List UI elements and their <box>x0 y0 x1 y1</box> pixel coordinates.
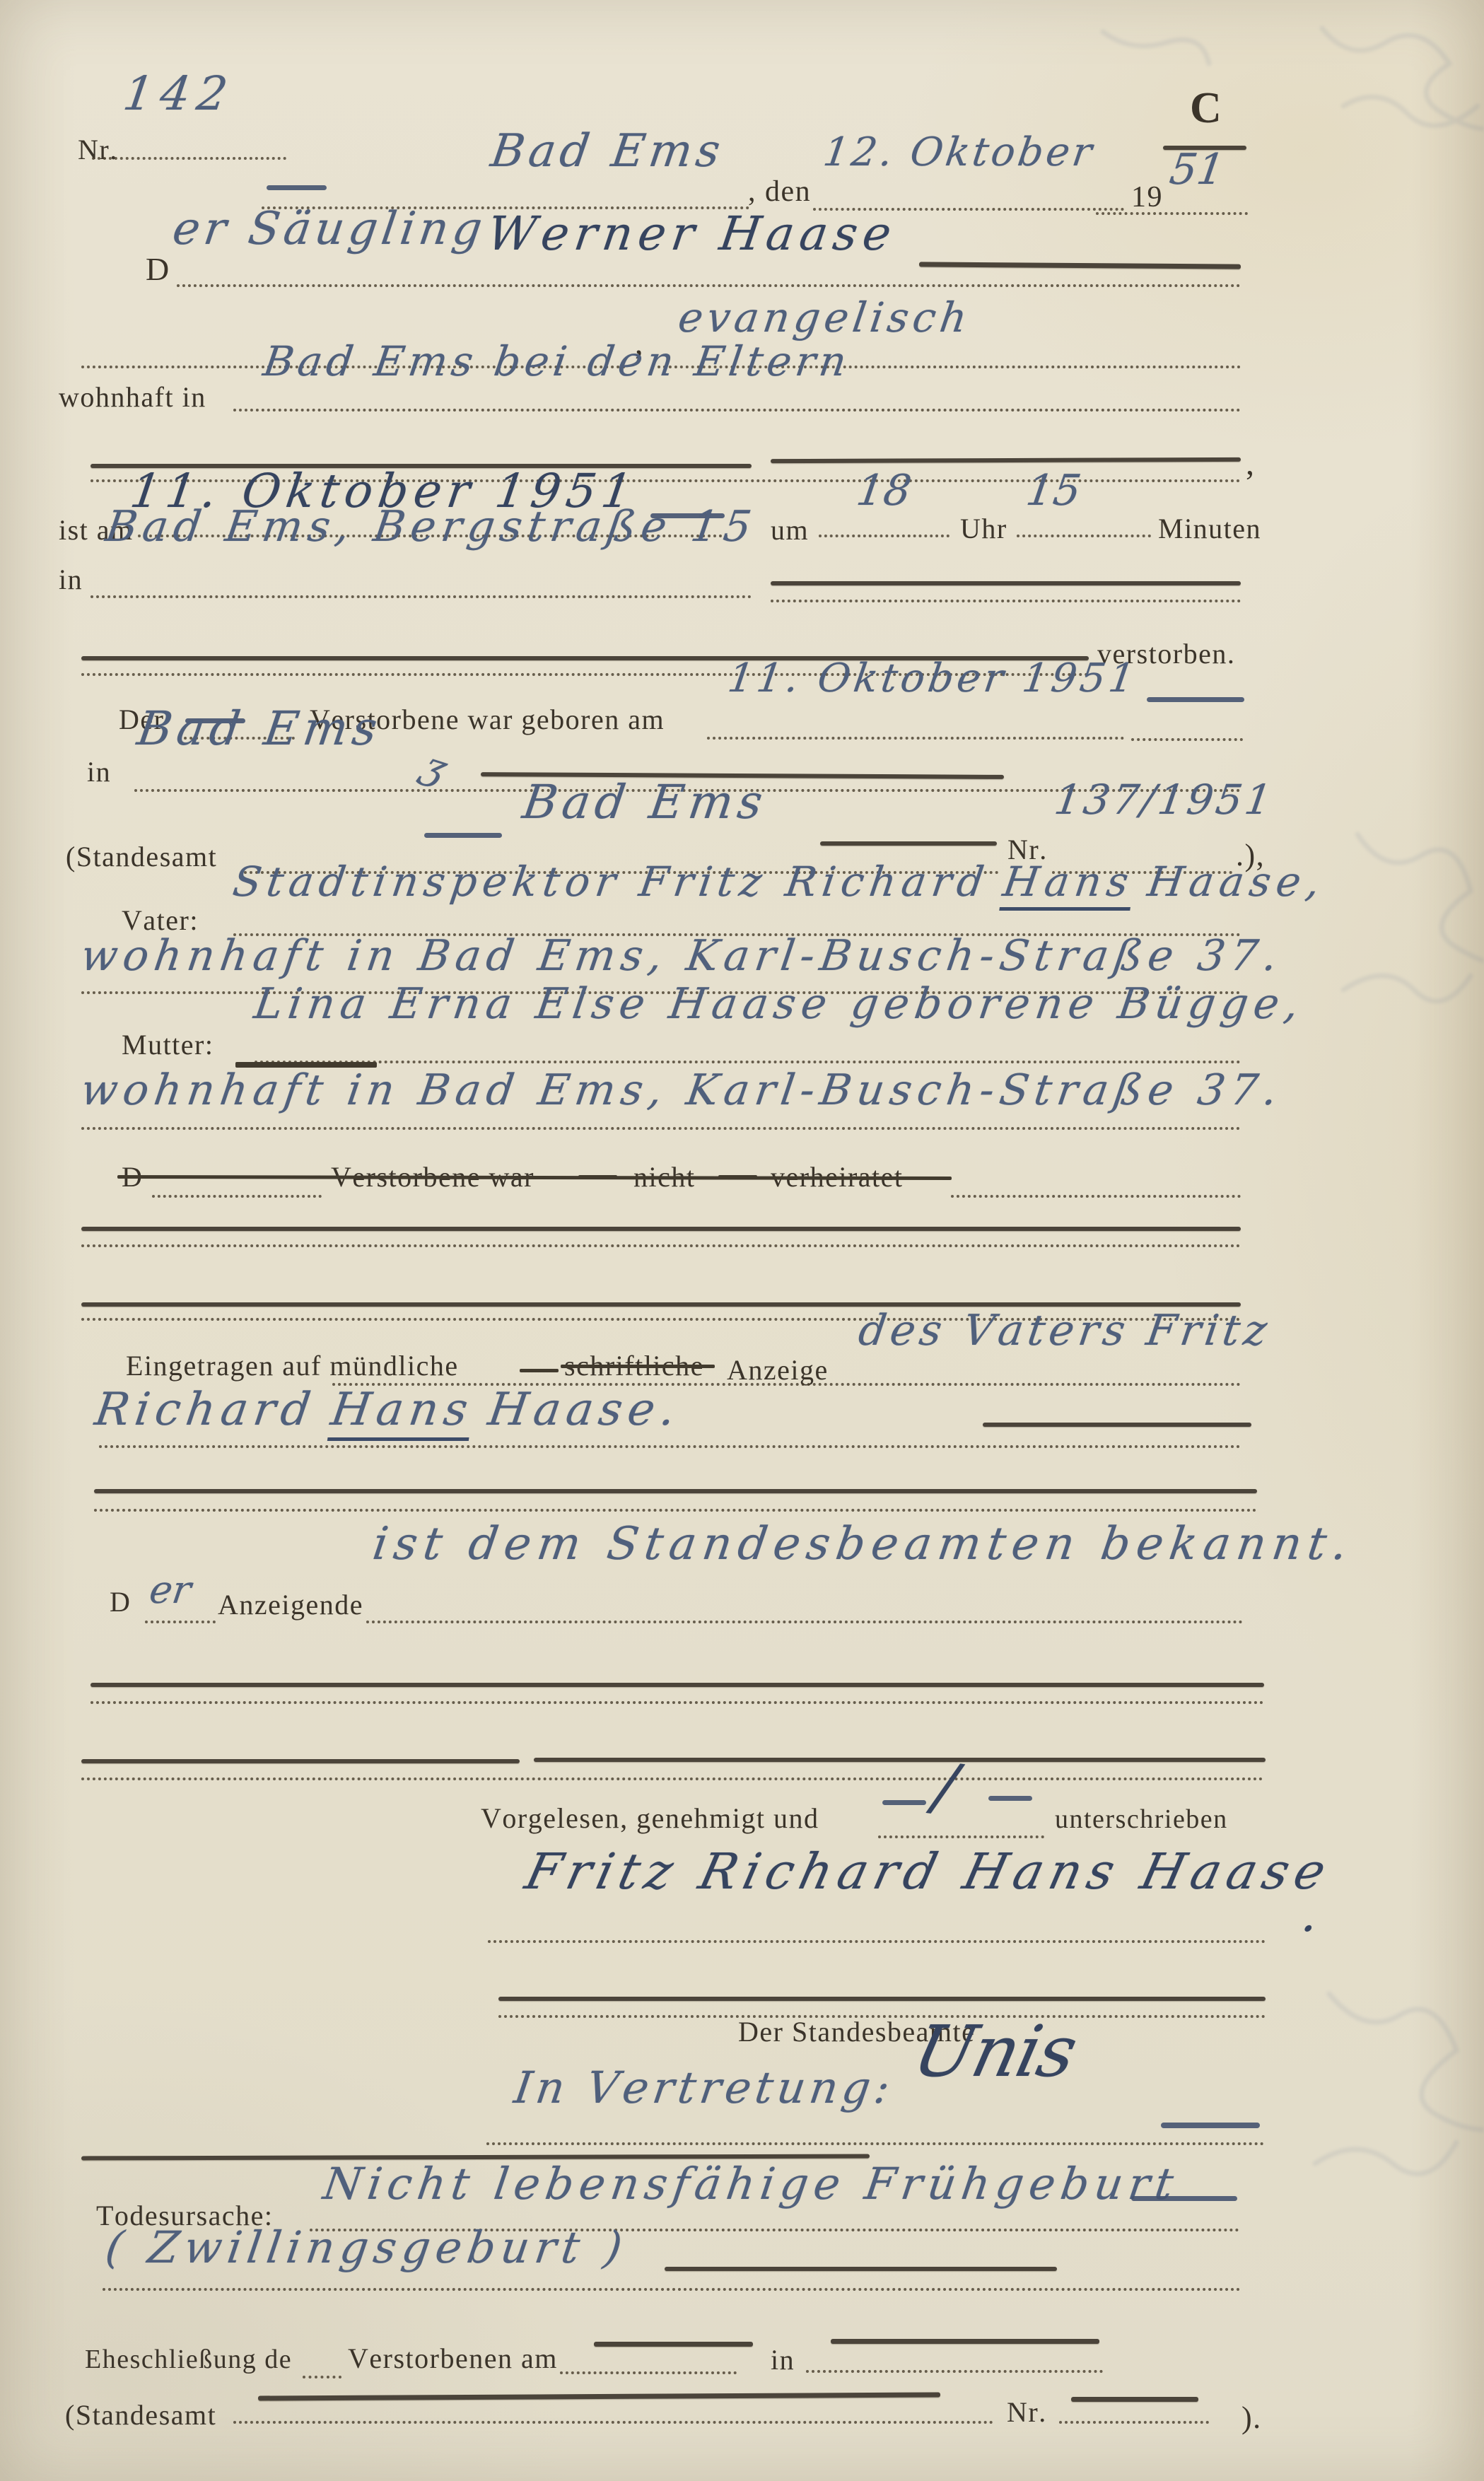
signature-value: Fritz Richard Hans Haase <box>521 1847 1336 1896</box>
death-dotted-2 <box>819 535 950 537</box>
standesamt-rule <box>820 841 997 846</box>
nr-value: 142 <box>120 71 237 117</box>
father-given: Stadtinspektor Fritz Richard <box>230 858 993 906</box>
father-value: Stadtinspektor Fritz RichardHansHaase, <box>230 861 1328 902</box>
year-prefix: 19 <box>1131 182 1163 212</box>
death-place-rule <box>771 581 1241 585</box>
birth-dotted-1 <box>707 737 1124 740</box>
death-register-page: Nr. 142 C 19 51 Bad Ems , den 12. Oktobe… <box>0 0 1484 2481</box>
marriage-in-label: in <box>771 2346 795 2374</box>
residence-dotted <box>233 409 1241 411</box>
standesamt-label: (Standesamt <box>66 843 217 871</box>
um-label: um <box>771 516 809 544</box>
blank-rule-1 <box>81 1227 1241 1231</box>
nr-dotted-line <box>92 157 286 160</box>
death-place-dotted-1 <box>90 595 752 598</box>
anzeigende-label: Anzeigende <box>218 1591 363 1619</box>
standesamt-bottom-label: (Standesamt <box>65 2401 216 2429</box>
standesamt-bottom-rule <box>258 2392 940 2400</box>
marriage-dotted-1 <box>560 2371 737 2374</box>
vertretung-value: In Vertretung: <box>512 2066 897 2110</box>
standesamt-office: Bad Ems <box>520 779 770 826</box>
father-residence: wohnhaft in Bad Ems, Karl-Busch-Straße 3… <box>78 935 1285 977</box>
schriftliche-strikethrough <box>561 1365 715 1368</box>
vorgelesen-label: Vorgelesen, genehmigt und <box>481 1804 819 1833</box>
den-label: , den <box>748 177 811 206</box>
marriage-dotted-2 <box>806 2370 1103 2373</box>
blank-dotted-5 <box>81 1777 1263 1780</box>
birth-dash-2 <box>1147 697 1244 702</box>
marriage-rule-2 <box>831 2339 1099 2344</box>
notifier-er: er <box>147 1571 193 1609</box>
approval-dotted <box>878 1835 1044 1838</box>
notice-dotted-2 <box>99 1445 1241 1448</box>
mutter-label: Mutter: <box>122 1031 214 1059</box>
deceased-name: Werner Haase <box>484 211 899 257</box>
cause-value-2: ( Zwillingsgeburt ) <box>103 2226 631 2270</box>
deceased-fill-rule <box>919 262 1241 269</box>
nr-bottom-label: Nr. <box>1007 2398 1047 2427</box>
religion-value: evangelisch <box>676 297 974 338</box>
standesamt-dash <box>424 833 502 838</box>
nr-label: Nr. <box>78 136 118 164</box>
mother-residence-dotted <box>81 1127 1241 1130</box>
continuation-rule-2 <box>771 457 1241 463</box>
close-paren-bottom: ). <box>1241 2403 1262 2434</box>
father-rufname: Hans <box>1000 858 1138 911</box>
marriage-rule-1 <box>594 2342 753 2347</box>
notice-value-2a: Richard <box>92 1384 320 1436</box>
blank-rule-5b <box>534 1758 1266 1762</box>
continuation-comma: , <box>1246 447 1256 481</box>
blank-dotted-1 <box>81 1244 1241 1247</box>
blank-dotted-3 <box>94 1509 1257 1512</box>
anzeige-label: Anzeige <box>727 1356 829 1384</box>
mother-value: Lina Erna Else Haase geborene Bügge, <box>252 983 1307 1025</box>
notifier-dotted-1 <box>366 1621 1243 1623</box>
nr-bottom-dotted <box>1059 2421 1209 2424</box>
blank-rule-5a <box>81 1759 520 1763</box>
death-hour: 18 <box>854 469 914 512</box>
marriage-dotted-0 <box>303 2376 341 2378</box>
year-value: 51 <box>1167 148 1227 191</box>
approval-dash-right <box>988 1796 1032 1801</box>
father-surname: Haase, <box>1145 858 1328 906</box>
year-dotted-line <box>1096 212 1248 215</box>
birth-date: 11. Oktober 1951 <box>725 659 1140 699</box>
residence-label: wohnhaft in <box>59 383 206 411</box>
residence-value: Bad Ems bei den Eltern <box>261 341 853 382</box>
vertretung-dash <box>1161 2123 1260 2128</box>
registration-place: Bad Ems <box>489 129 728 174</box>
vater-label: Vater: <box>122 906 199 935</box>
deceased-dotted <box>177 284 1241 287</box>
cause-dotted-2 <box>103 2288 1241 2291</box>
death-in-label: in <box>59 566 83 594</box>
notice-rufname: Hans <box>327 1384 477 1441</box>
marital-dotted-0 <box>152 1195 322 1198</box>
nr-bottom-rule <box>1071 2397 1198 2402</box>
cause-dash <box>1131 2196 1237 2201</box>
eheschliessung-label: Eheschließung de <box>85 2346 292 2373</box>
notifier-statement: ist dem Standesbeamten bekannt. <box>370 1522 1357 1567</box>
marital-strikethrough <box>117 1175 952 1180</box>
eingetragen-label: Eingetragen auf mündliche <box>126 1352 459 1380</box>
registration-dash <box>267 185 327 190</box>
unterschrieben-label: unterschrieben <box>1055 1806 1228 1833</box>
deceased-article: er Säugling <box>170 206 489 252</box>
notice-dash <box>520 1369 559 1372</box>
birth-dotted-2 <box>1131 738 1243 741</box>
vertretung-signature: Unis <box>907 2016 1082 2087</box>
notifier-d-label: D <box>110 1588 131 1616</box>
registrar-rule <box>498 1997 1266 2001</box>
vertretung-dotted <box>486 2142 1264 2145</box>
notice-value-line2: RichardHansHaase. <box>93 1387 684 1432</box>
notifier-dotted-0 <box>145 1621 216 1623</box>
minuten-label: Minuten <box>1158 515 1261 543</box>
death-place-dotted-2 <box>771 600 1241 602</box>
deceased-d-prefix: D <box>146 253 170 286</box>
register-nr-value: 137/1951 <box>1052 779 1277 820</box>
notice-value-line1: des Vaters Fritz <box>856 1309 1274 1352</box>
marital-dotted-1 <box>951 1195 1241 1198</box>
cause-value: Nicht lebensfähige Frühgeburt <box>321 2162 1182 2206</box>
birth-place: Bad Ems <box>134 706 385 752</box>
approval-dash-left <box>882 1800 926 1805</box>
mother-dotted <box>255 1061 1241 1063</box>
mother-residence: wohnhaft in Bad Ems, Karl-Busch-Straße 3… <box>78 1069 1285 1111</box>
cause-rule <box>665 2267 1057 2271</box>
blank-rule-3 <box>94 1489 1257 1493</box>
death-place: Bad Ems, Bergstraße 15 <box>103 506 759 548</box>
birth-in-label: in <box>87 758 111 786</box>
birth-place-flourish: ʒ <box>416 747 454 788</box>
standesamt-bottom-dotted <box>233 2421 993 2424</box>
blank-dotted-4 <box>90 1701 1264 1704</box>
notice-fill-rule <box>983 1423 1251 1427</box>
death-dotted-3 <box>1017 535 1151 537</box>
uhr-label: Uhr <box>960 515 1007 543</box>
verstorbenen-am-label: Verstorbenen am <box>348 2345 558 2373</box>
approval-slash: / <box>930 1753 962 1821</box>
corner-mark: C <box>1190 86 1222 130</box>
blank-rule-4 <box>90 1683 1264 1687</box>
registration-date: 12. Oktober <box>821 133 1097 173</box>
notice-value-2b: Haase. <box>485 1384 684 1436</box>
death-minute: 15 <box>1024 469 1084 512</box>
signature-dotted <box>488 1940 1266 1943</box>
